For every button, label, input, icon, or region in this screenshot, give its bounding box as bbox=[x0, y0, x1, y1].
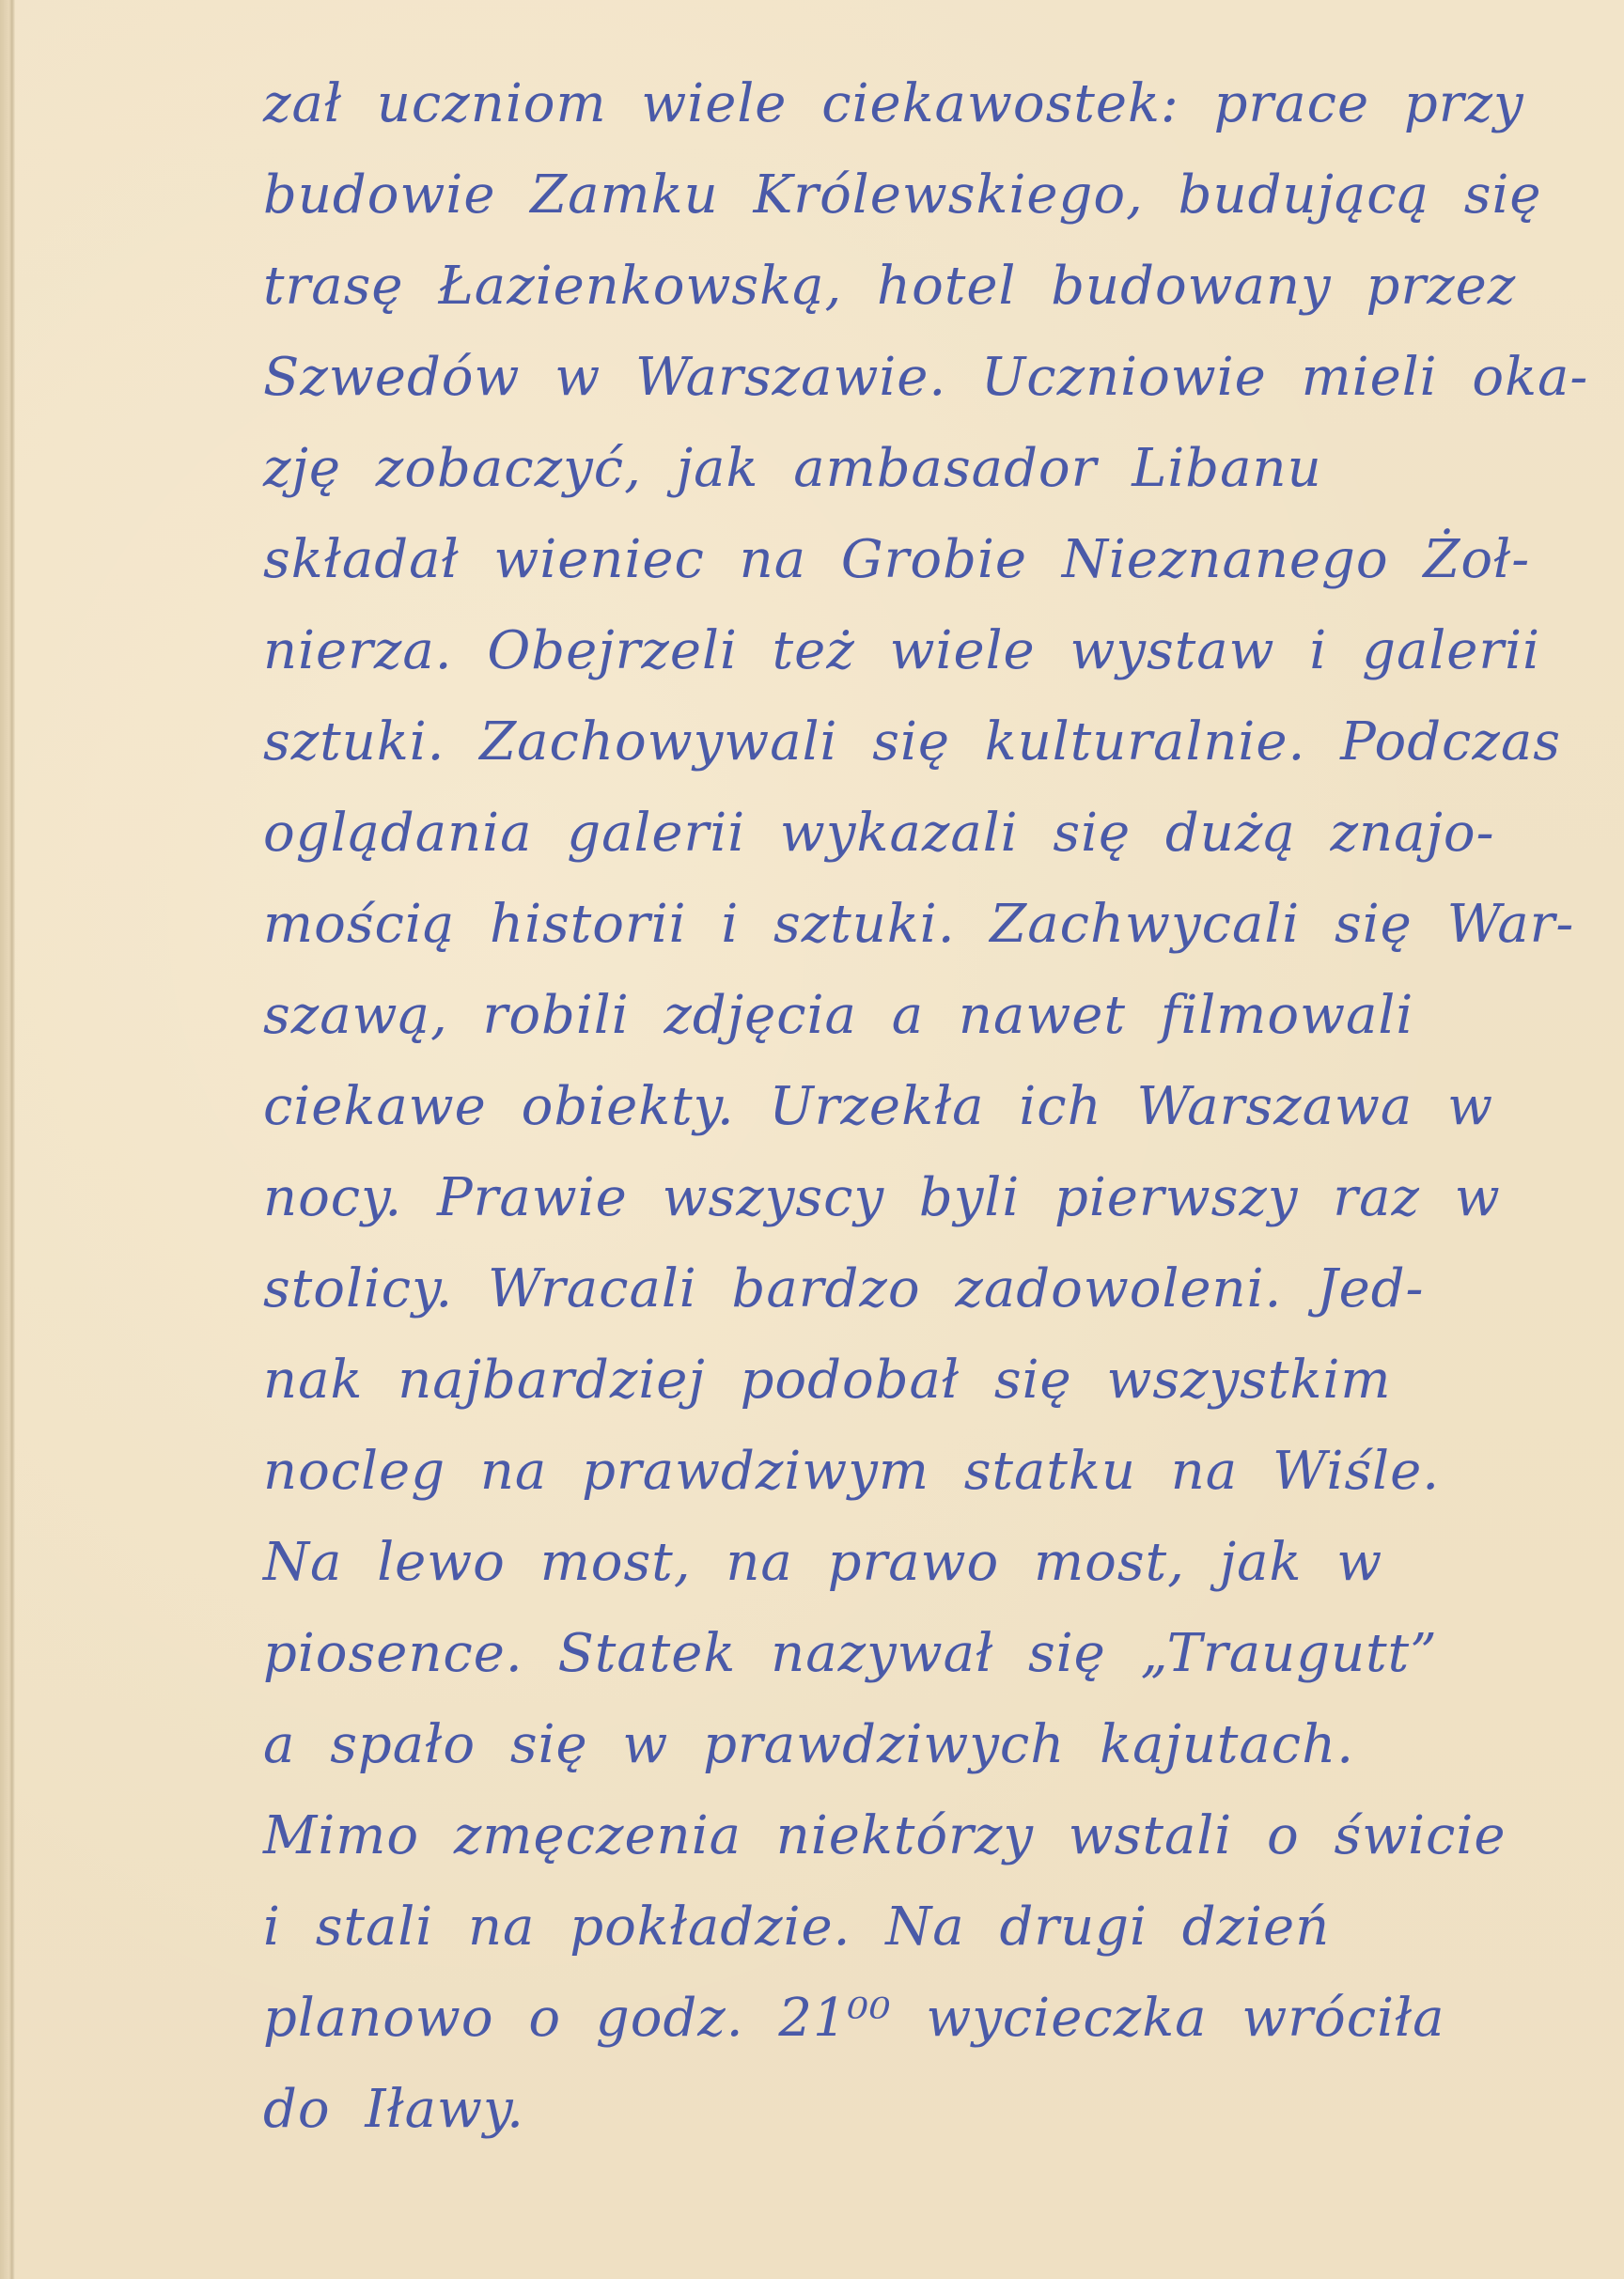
text-line: stolicy. Wracali bardzo zadowoleni. Jed- bbox=[263, 1243, 1579, 1335]
handwritten-text-block: zał uczniom wiele ciekawostek: prace prz… bbox=[263, 58, 1579, 2155]
text-line: sztuki. Zachowywali się kulturalnie. Pod… bbox=[263, 696, 1579, 788]
notebook-page: zał uczniom wiele ciekawostek: prace prz… bbox=[0, 0, 1624, 2279]
text-line: budowie Zamku Królewskiego, budującą się bbox=[263, 149, 1579, 241]
text-line: Mimo zmęczenia niektórzy wstali o świcie bbox=[263, 1790, 1579, 1881]
text-line: zję zobaczyć, jak ambasador Libanu bbox=[263, 423, 1579, 514]
text-line: do Iławy. bbox=[263, 2064, 1579, 2155]
text-line: oglądania galerii wykazali się dużą znaj… bbox=[263, 788, 1579, 879]
text-line: a spało się w prawdziwych kajutach. bbox=[263, 1699, 1579, 1790]
text-line: szawą, robili zdjęcia a nawet filmowali bbox=[263, 970, 1579, 1061]
text-line: zał uczniom wiele ciekawostek: prace prz… bbox=[263, 58, 1579, 149]
text-line: składał wieniec na Grobie Nieznanego Żoł… bbox=[263, 514, 1579, 605]
text-line: nocleg na prawdziwym statku na Wiśle. bbox=[263, 1426, 1579, 1517]
text-line: nocy. Prawie wszyscy byli pierwszy raz w bbox=[263, 1152, 1579, 1243]
text-line: nak najbardziej podobał się wszystkim bbox=[263, 1335, 1579, 1426]
text-line: ciekawe obiekty. Urzekła ich Warszawa w bbox=[263, 1061, 1579, 1152]
text-line: planowo o godz. 21⁰⁰ wycieczka wróciła bbox=[263, 1973, 1579, 2064]
text-line: trasę Łazienkowską, hotel budowany przez bbox=[263, 241, 1579, 332]
page-binding-edge bbox=[0, 0, 15, 2279]
text-line: mością historii i sztuki. Zachwycali się… bbox=[263, 879, 1579, 970]
text-line: Szwedów w Warszawie. Uczniowie mieli oka… bbox=[263, 332, 1579, 423]
text-line: i stali na pokładzie. Na drugi dzień bbox=[263, 1881, 1579, 1973]
text-line: nierza. Obejrzeli też wiele wystaw i gal… bbox=[263, 605, 1579, 696]
text-line: Na lewo most, na prawo most, jak w bbox=[263, 1517, 1579, 1608]
text-line: piosence. Statek nazywał się „Traugutt” bbox=[263, 1608, 1579, 1699]
